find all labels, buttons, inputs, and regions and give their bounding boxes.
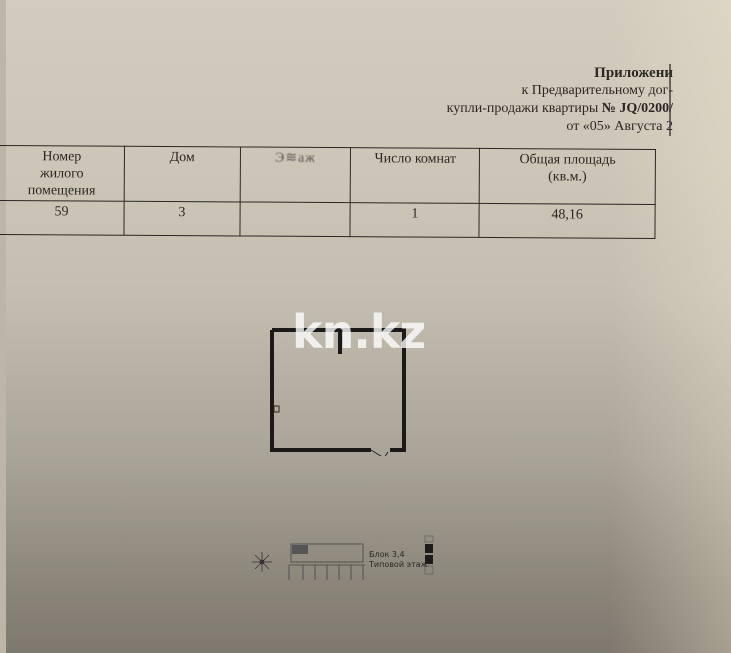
col-floor: Э≋аж [240, 147, 351, 203]
cell-rooms: 1 [350, 203, 479, 238]
apartment-table: Номер жилого помещения Дом Э≋аж Число ко… [0, 145, 656, 239]
page-cut-edge [669, 64, 671, 136]
col-number: Номер жилого помещения [0, 145, 124, 201]
window-marker-icon [274, 406, 279, 412]
paper-edge [0, 0, 6, 653]
building-mini-plan-icon [289, 544, 365, 580]
document-header: Приложени к Предварительному дог- купли-… [447, 64, 673, 136]
cell-floor [240, 202, 351, 237]
col-rooms: Число комнат [351, 148, 480, 204]
floor-label: Типовой этаж [369, 560, 428, 569]
col-number-l1: Номер [42, 149, 81, 164]
header-line-3: от «05» Августа 2 [447, 118, 673, 136]
legend-text: Блок 3,4 Типовой этаж [369, 550, 428, 570]
col-area: Общая площадь (кв.м.) [479, 148, 655, 204]
col-number-l2: жилого [40, 166, 84, 181]
table-header-row: Номер жилого помещения Дом Э≋аж Число ко… [0, 145, 655, 204]
header-line-2-text: купли-продажи квартиры [447, 101, 602, 116]
watermark: kn.kz [292, 305, 425, 359]
table-row: 59 3 1 48,16 [0, 200, 655, 238]
col-floor-text: Э≋аж [275, 151, 316, 166]
compass-icon [252, 552, 272, 572]
header-line-1: к Предварительному дог- [447, 82, 673, 100]
col-area-l1: Общая площадь [519, 152, 615, 168]
cell-house: 3 [124, 201, 240, 236]
appendix-title: Приложени [447, 64, 673, 82]
cell-area: 48,16 [479, 203, 655, 238]
header-line-2: купли-продажи квартиры № JQ/0200/ [447, 100, 673, 118]
block-label: Блок 3,4 [369, 550, 405, 559]
col-area-l2: (кв.м.) [548, 169, 587, 184]
contract-number: № JQ/0200/ [602, 101, 673, 116]
col-number-l3: помещения [28, 183, 96, 198]
plan-legend: Блок 3,4 Типовой этаж [245, 530, 445, 590]
cell-number: 59 [0, 200, 124, 235]
col-house: Дом [124, 146, 240, 202]
door-swing-icon [371, 450, 388, 456]
